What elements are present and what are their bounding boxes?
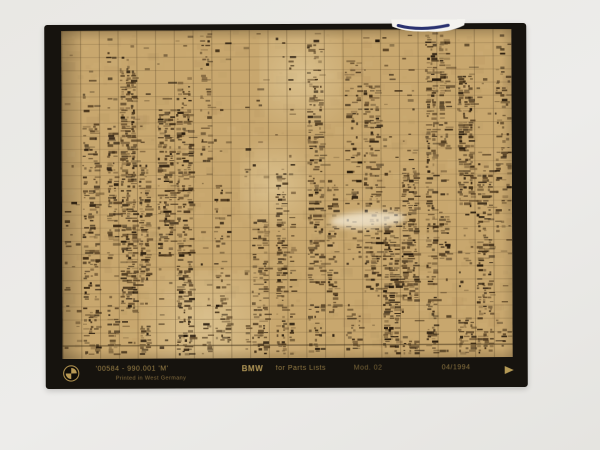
fiche-ref: Mod. 02 [354,365,383,372]
fiche-subtitle: Printed in West Germany [116,375,187,381]
microfilm-frames-texture [61,29,512,359]
fiche-date: 04/1994 [442,364,471,371]
title-strip: '00584 - 990.001 'M' BMW for Parts Lists… [46,357,528,389]
title-strip-line1: '00584 - 990.001 'M' BMW for Parts Lists… [46,364,528,376]
photo-background: '00584 - 990.001 'M' BMW for Parts Lists… [0,0,600,450]
title-strip-line2: Printed in West Germany [116,375,187,381]
fiche-code: '00584 - 990.001 'M' [96,366,169,373]
index-marker-icon [505,366,514,374]
fiche-title: for Parts Lists [276,365,326,372]
microfiche-card: '00584 - 990.001 'M' BMW for Parts Lists… [44,23,528,389]
sticker-notch [390,19,466,39]
white-sticker-icon [390,19,466,39]
brand-label: BMW [242,364,264,373]
film-area [61,29,512,359]
